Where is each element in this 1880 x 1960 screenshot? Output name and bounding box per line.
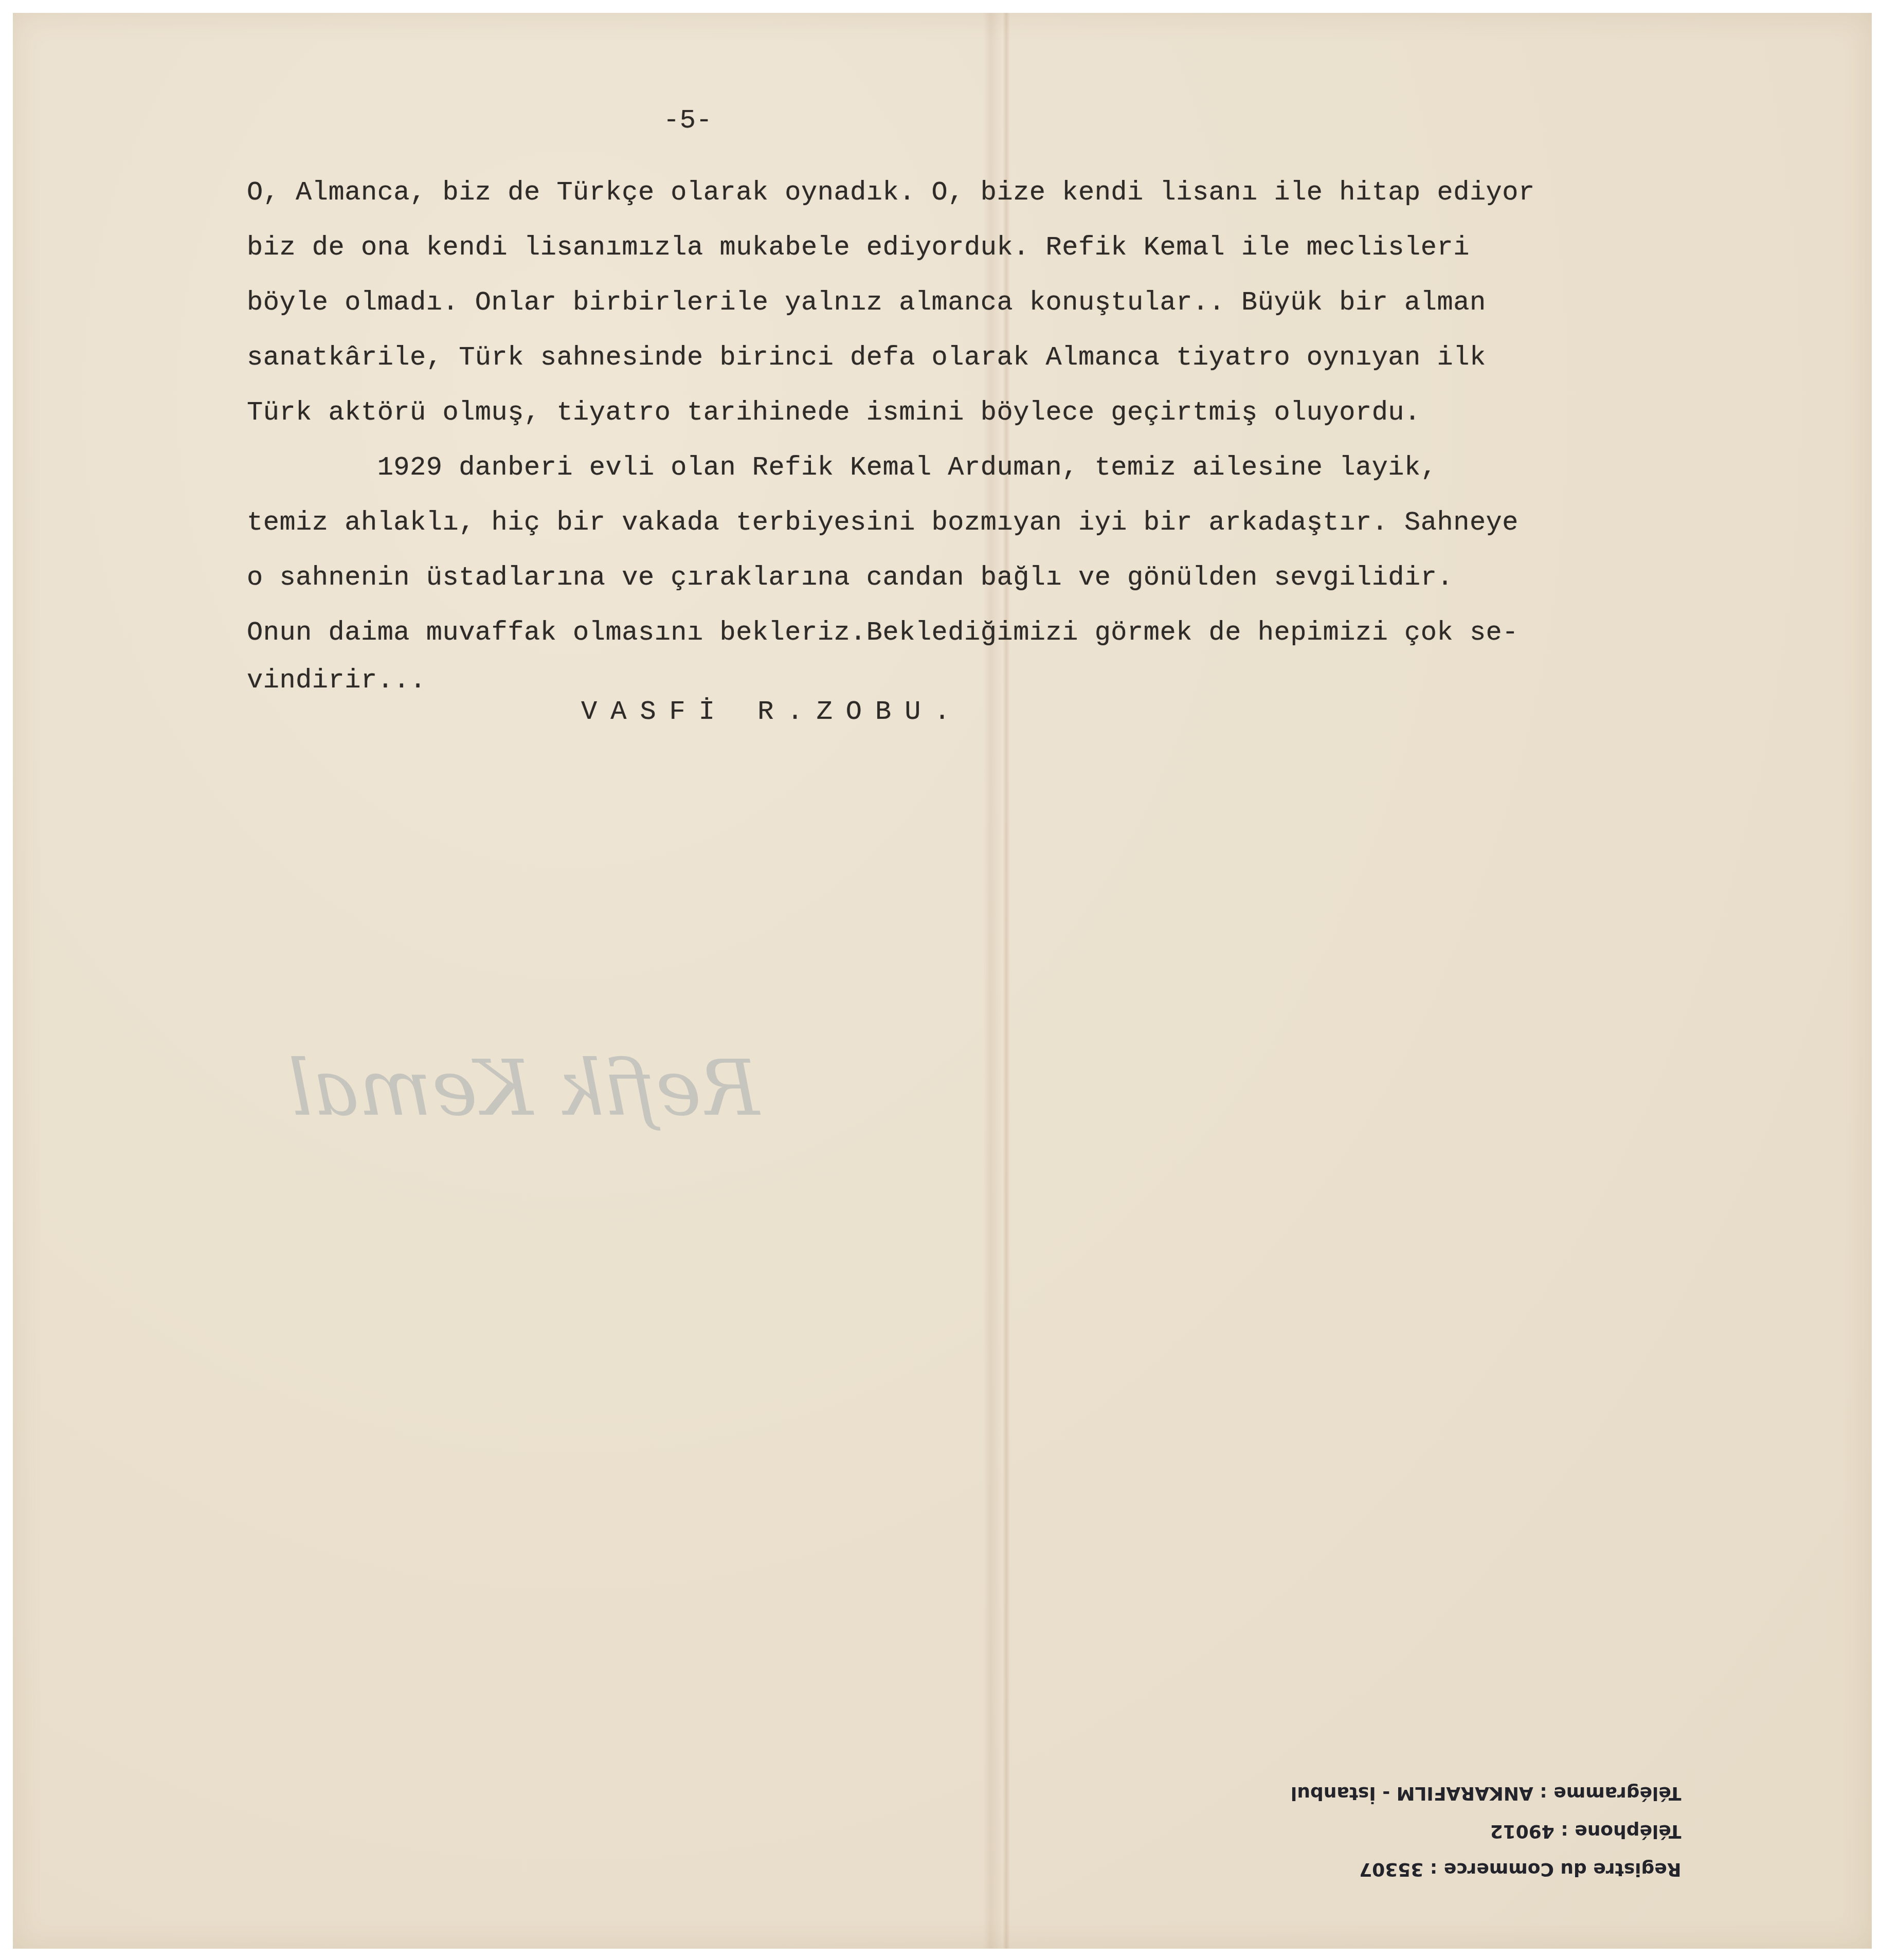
text-line: 1929 danberi evli olan Refik Kemal Ardum…: [247, 452, 1437, 483]
bleed-through-signature: Refik Kemal: [288, 1044, 760, 1133]
text-line: O, Almanca, biz de Türkçe olarak oynadık…: [247, 177, 1535, 208]
text-line: Türk aktörü olmuş, tiyatro tarihinede is…: [247, 397, 1421, 428]
footer-registre: Registre du Commerce : 35307: [1291, 1850, 1681, 1888]
text-line: o sahnenin üstadlarına ve çıraklarına ca…: [247, 562, 1453, 593]
footer-telegramme: Télégramme : ANKARAFILM - İstanbul: [1291, 1774, 1681, 1812]
text-line: vindirir...: [247, 665, 426, 696]
text-line: biz de ona kendi lisanımızla mukabele ed…: [247, 232, 1470, 263]
text-line: sanatkârile, Türk sahnesinde birinci def…: [247, 342, 1486, 373]
letterhead-footer: Registre du Commerce : 35307Téléphone : …: [1291, 1774, 1681, 1888]
text-line: Onun daima muvaffak olmasını bekleriz.Be…: [247, 618, 1519, 648]
typed-signature: VASFİ R.ZOBU.: [581, 697, 964, 727]
page-number: -5-: [663, 105, 712, 136]
text-line: temiz ahlaklı, hiç bir vakada terbiyesin…: [247, 507, 1519, 538]
text-line: böyle olmadı. Onlar birbirlerile yalnız …: [247, 287, 1486, 318]
footer-telephone: Téléphone : 49012: [1291, 1812, 1681, 1850]
